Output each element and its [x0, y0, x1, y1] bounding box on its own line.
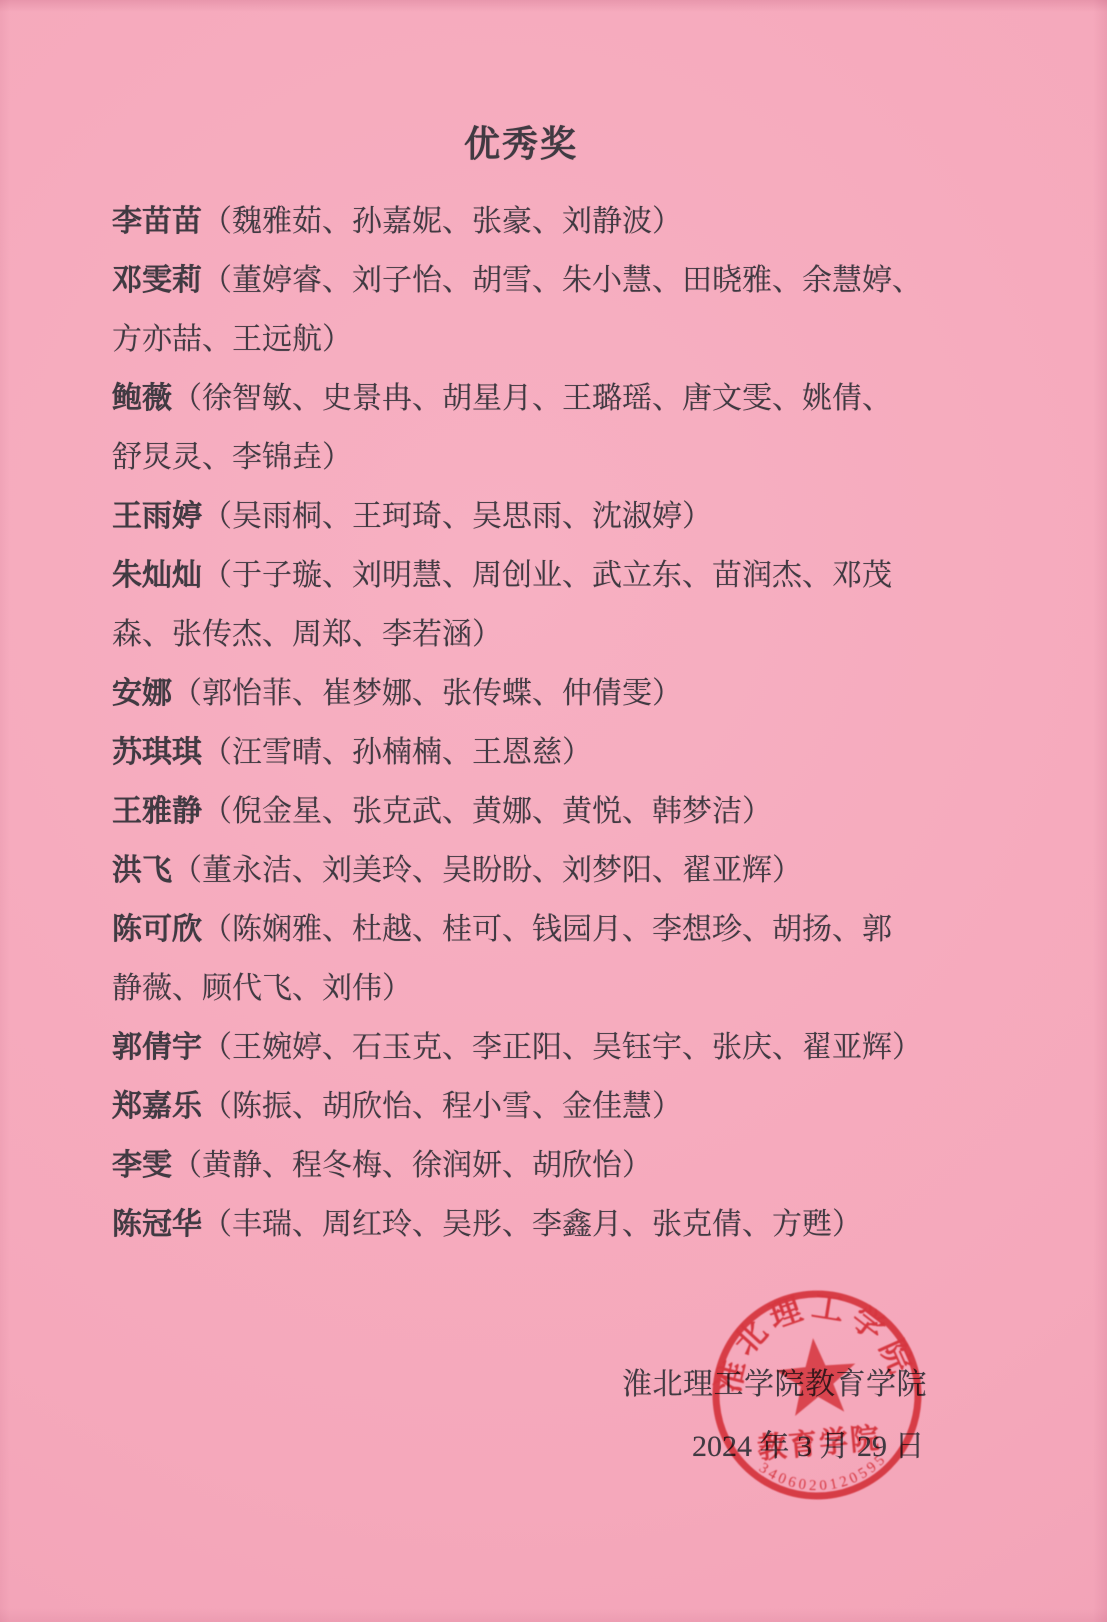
leader-name: 李苗苗 — [112, 205, 202, 238]
member-names: （郭怡菲、崔梦娜、张传蝶、仲倩雯） — [172, 677, 682, 710]
member-names: （董婷睿、刘子怡、胡雪、朱小慧、田晓雅、余慧婷、方亦喆、王远航） — [112, 264, 922, 356]
award-entry: 陈可欣（陈娴雅、杜越、桂可、钱园月、李想珍、胡扬、郭静薇、顾代飞、刘伟） — [112, 900, 907, 1018]
leader-name: 李雯 — [112, 1149, 172, 1182]
award-entry: 鲍薇（徐智敏、史景冉、胡星月、王璐瑶、唐文雯、姚倩、舒炅灵、李锦垚） — [112, 369, 907, 487]
leader-name: 邓雯莉 — [112, 264, 202, 297]
award-entry: 郑嘉乐（陈振、胡欣怡、程小雪、金佳慧） — [112, 1077, 930, 1136]
leader-name: 苏琪琪 — [112, 736, 202, 769]
leader-name: 陈冠华 — [112, 1208, 202, 1241]
award-entry: 邓雯莉（董婷睿、刘子怡、胡雪、朱小慧、田晓雅、余慧婷、方亦喆、王远航） — [112, 251, 930, 369]
seal-inner-text: 教育学院 — [756, 1421, 883, 1466]
award-entry: 王雅静（倪金星、张克武、黄娜、黄悦、韩梦洁） — [112, 782, 930, 841]
member-names: （魏雅茹、孙嘉妮、张豪、刘静波） — [202, 205, 682, 238]
leader-name: 陈可欣 — [112, 913, 202, 946]
member-names: （陈振、胡欣怡、程小雪、金佳慧） — [202, 1090, 682, 1123]
member-names: （于子璇、刘明慧、周创业、武立东、苗润杰、邓茂森、张传杰、周郑、李若涵） — [112, 559, 892, 651]
award-entry: 陈冠华（丰瑞、周红玲、吴彤、李鑫月、张克倩、方甦） — [112, 1195, 930, 1254]
award-entry: 李苗苗（魏雅茹、孙嘉妮、张豪、刘静波） — [112, 192, 930, 251]
leader-name: 洪飞 — [112, 854, 172, 887]
member-names: （陈娴雅、杜越、桂可、钱园月、李想珍、胡扬、郭静薇、顾代飞、刘伟） — [112, 913, 892, 1005]
award-entry: 朱灿灿（于子璇、刘明慧、周创业、武立东、苗润杰、邓茂森、张传杰、周郑、李若涵） — [112, 546, 907, 664]
member-names: （倪金星、张克武、黄娜、黄悦、韩梦洁） — [202, 795, 772, 828]
member-names: （黄静、程冬梅、徐润妍、胡欣怡） — [172, 1149, 652, 1182]
leader-name: 安娜 — [112, 677, 172, 710]
leader-name: 鲍薇 — [112, 382, 172, 415]
award-entry: 洪飞（董永洁、刘美玲、吴盼盼、刘梦阳、翟亚辉） — [112, 841, 930, 900]
member-names: （吴雨桐、王珂琦、吴思雨、沈淑婷） — [202, 500, 712, 533]
member-names: （丰瑞、周红玲、吴彤、李鑫月、张克倩、方甦） — [202, 1208, 862, 1241]
official-seal: 淮北理工学院 教育学院 3406020120595 — [697, 1275, 938, 1516]
member-names: （徐智敏、史景冉、胡星月、王璐瑶、唐文雯、姚倩、舒炅灵、李锦垚） — [112, 382, 892, 474]
member-names: （董永洁、刘美玲、吴盼盼、刘梦阳、翟亚辉） — [172, 854, 802, 887]
leader-name: 王雅静 — [112, 795, 202, 828]
leader-name: 郭倩宇 — [112, 1031, 202, 1064]
award-list: 李苗苗（魏雅茹、孙嘉妮、张豪、刘静波） 邓雯莉（董婷睿、刘子怡、胡雪、朱小慧、田… — [112, 192, 930, 1254]
leader-name: 郑嘉乐 — [112, 1090, 202, 1123]
award-entry: 王雨婷（吴雨桐、王珂琦、吴思雨、沈淑婷） — [112, 487, 930, 546]
leader-name: 朱灿灿 — [112, 559, 202, 592]
seal-graphic: 淮北理工学院 教育学院 3406020120595 — [697, 1275, 938, 1516]
member-names: （汪雪晴、孙楠楠、王恩慈） — [202, 736, 592, 769]
star-icon — [773, 1335, 859, 1418]
page-title: 优秀奖 — [112, 121, 930, 167]
award-entry: 郭倩宇（王婉婷、石玉克、李正阳、吴钰宇、张庆、翟亚辉） — [112, 1018, 930, 1077]
award-entry: 苏琪琪（汪雪晴、孙楠楠、王恩慈） — [112, 723, 930, 782]
award-entry: 李雯（黄静、程冬梅、徐润妍、胡欣怡） — [112, 1136, 930, 1195]
member-names: （王婉婷、石玉克、李正阳、吴钰宇、张庆、翟亚辉） — [202, 1031, 922, 1064]
award-entry: 安娜（郭怡菲、崔梦娜、张传蝶、仲倩雯） — [112, 664, 930, 723]
leader-name: 王雨婷 — [112, 500, 202, 533]
certificate-page: 优秀奖 李苗苗（魏雅茹、孙嘉妮、张豪、刘静波） 邓雯莉（董婷睿、刘子怡、胡雪、朱… — [0, 0, 1107, 1622]
